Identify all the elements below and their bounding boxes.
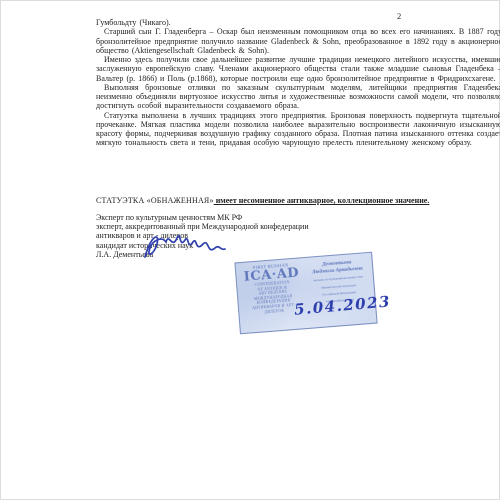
- body-paragraph: Гумбольдту (Чикаго).: [96, 18, 500, 27]
- conclusion-line: СТАТУЭТКА «ОБНАЖЕННАЯ» имеет несомненное…: [96, 196, 500, 205]
- body-paragraph: Именно здесь получили свое дальнейшее ра…: [96, 55, 500, 83]
- document-page: 2 Гумбольдту (Чикаго). Старший сын Г. Гл…: [0, 0, 500, 500]
- stamp-left-block: First Russian ICA·AD Confederation of An…: [240, 261, 307, 330]
- body-paragraph: Старший сын Г. Гладенберга – Оскар был н…: [96, 27, 500, 55]
- signature-scribble-icon: [141, 227, 229, 267]
- body-paragraph: Выполняя бронзовые отливки по заказным с…: [96, 83, 500, 111]
- handwritten-signature: [141, 227, 229, 267]
- document-body: Гумбольдту (Чикаго). Старший сын Г. Глад…: [96, 18, 500, 148]
- organization-stamp: First Russian ICA·AD Confederation of An…: [234, 252, 377, 335]
- body-paragraph: Статуэтка выполнена в лучших традициях э…: [96, 111, 500, 148]
- conclusion-subject: СТАТУЭТКА «ОБНАЖЕННАЯ»: [96, 196, 214, 205]
- conclusion-statement: имеет несомненное антикварное, коллекцио…: [214, 196, 430, 205]
- expert-title-line: Эксперт по культурным ценностям МК РФ: [96, 213, 456, 222]
